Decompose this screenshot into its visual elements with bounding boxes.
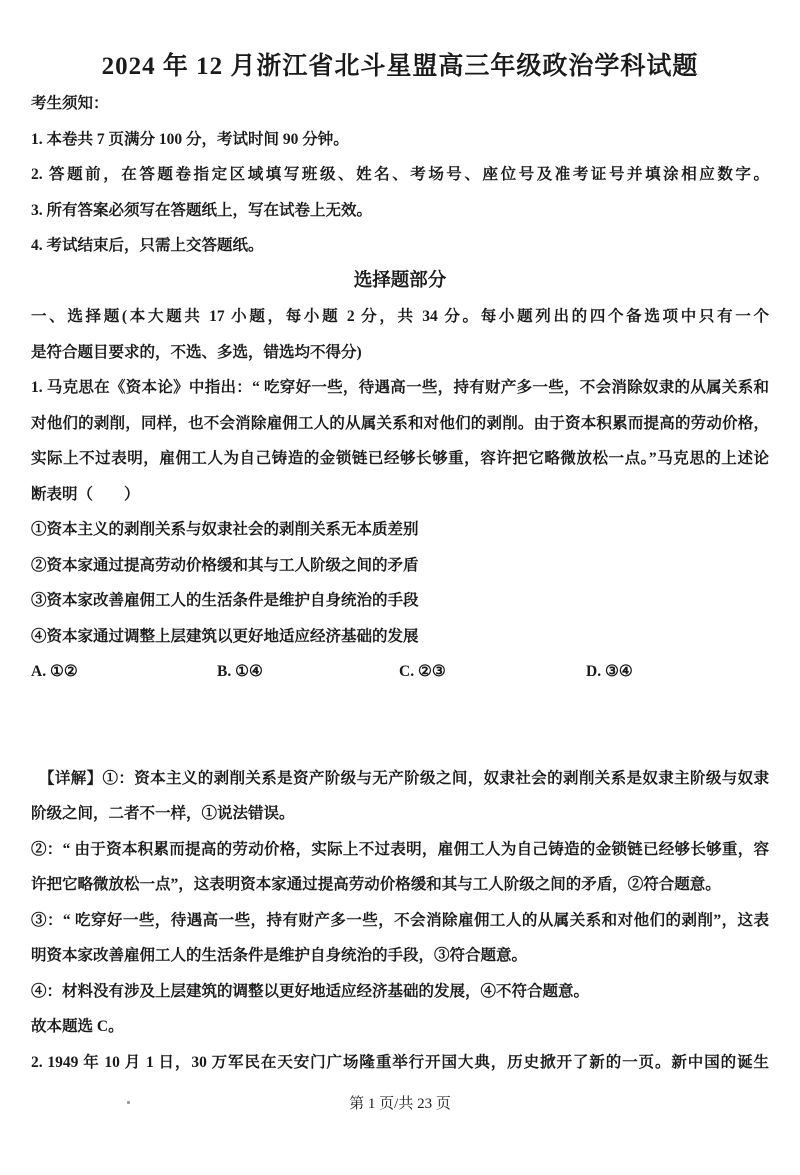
q1-statement-2: ②资本家通过提高劳动价格缓和其与工人阶级之间的矛盾 (31, 548, 769, 584)
q1-detail-line: ③：“ 吃穿好一些，待遇高一些，持有财产多一些，不会消除雇佣工人的从属关系和对他… (31, 903, 769, 939)
q1-detail-line: 许把它略微放松一点”，这表明资本家通过提高劳动价格缓和其与工人阶级之间的矛盾，②… (31, 867, 769, 903)
q1-answer-line: 【答案】C (31, 690, 769, 726)
section-part-header: 选择题部分 (31, 264, 769, 300)
q1-detail-line: ②：“ 由于资本积累而提高的劳动价格，实际上不过表明，雇佣工人为自己铸造的金锁链… (31, 832, 769, 868)
q1-stem-line: 断表明（ ） (31, 477, 769, 513)
q1-stem-line: 实际上不过表明，雇佣工人为自己铸造的金锁链已经够长够重，容许把它略微放松一点。”… (31, 441, 769, 477)
q1-choices-row: A. ①② B. ①④ C. ②③ D. ③④ (31, 654, 769, 690)
notice-item-2: 2. 答题前，在答题卷指定区域填写班级、姓名、考场号、座位号及准考证号并填涂相应… (31, 157, 769, 193)
q1-statement-1: ①资本主义的剥削关系与奴隶社会的剥削关系无本质差别 (31, 512, 769, 548)
q1-choice-d: D. ③④ (586, 654, 769, 690)
q1-choice-b: B. ①④ (217, 654, 399, 690)
page-title: 2024 年 12 月浙江省北斗星盟高三年级政治学科试题 (0, 50, 800, 84)
q1-statement-4: ④资本家通过调整上层建筑以更好地适应经济基础的发展 (31, 619, 769, 655)
q1-analysis-line: 【解析】 (31, 725, 769, 761)
page-footer: 第 1 页/共 23 页 (0, 1094, 800, 1114)
q1-detail-line: 【详解】①：资本主义的剥削关系是资产阶级与无产阶级之间，奴隶社会的剥削关系是奴隶… (31, 761, 769, 797)
section-intro-line: 是符合题目要求的，不选、多选，错选均不得分) (31, 335, 769, 371)
q2-stem-line: 2. 1949 年 10 月 1 日，30 万军民在天安门广场隆重举行开国大典，… (31, 1045, 769, 1081)
notice-item-1: 1. 本卷共 7 页满分 100 分，考试时间 90 分钟。 (31, 122, 769, 158)
q1-choice-c: C. ②③ (399, 654, 586, 690)
q1-conclusion: 故本题选 C。 (31, 1009, 769, 1045)
q1-choice-a: A. ①② (31, 654, 217, 690)
q1-stem-line: 1. 马克思在《资本论》中指出：“ 吃穿好一些，待遇高一些，持有财产多一些，不会… (31, 370, 769, 406)
section-intro-line: 一、选择题(本大题共 17 小题，每小题 2 分，共 34 分。每小题列出的四个… (31, 299, 769, 335)
q1-detail-line: ④：材料没有涉及上层建筑的调整以更好地适应经济基础的发展，④不符合题意。 (31, 974, 769, 1010)
q1-stem-line: 对他们的剥削，同样，也不会消除雇佣工人的从属关系和对他们的剥削。由于资本积累而提… (31, 406, 769, 442)
q1-detail-line: 阶级之间，二者不一样，①说法错误。 (31, 796, 769, 832)
exam-body: 考生须知： 1. 本卷共 7 页满分 100 分，考试时间 90 分钟。 2. … (31, 86, 769, 1080)
notice-item-3: 3. 所有答案必须写在答题纸上，写在试卷上无效。 (31, 193, 769, 229)
q1-statement-3: ③资本家改善雇佣工人的生活条件是维护自身统治的手段 (31, 583, 769, 619)
q1-detail-line: 明资本家改善雇佣工人的生活条件是维护自身统治的手段，③符合题意。 (31, 938, 769, 974)
notice-heading: 考生须知： (31, 86, 769, 122)
notice-item-4: 4. 考试结束后，只需上交答题纸。 (31, 228, 769, 264)
